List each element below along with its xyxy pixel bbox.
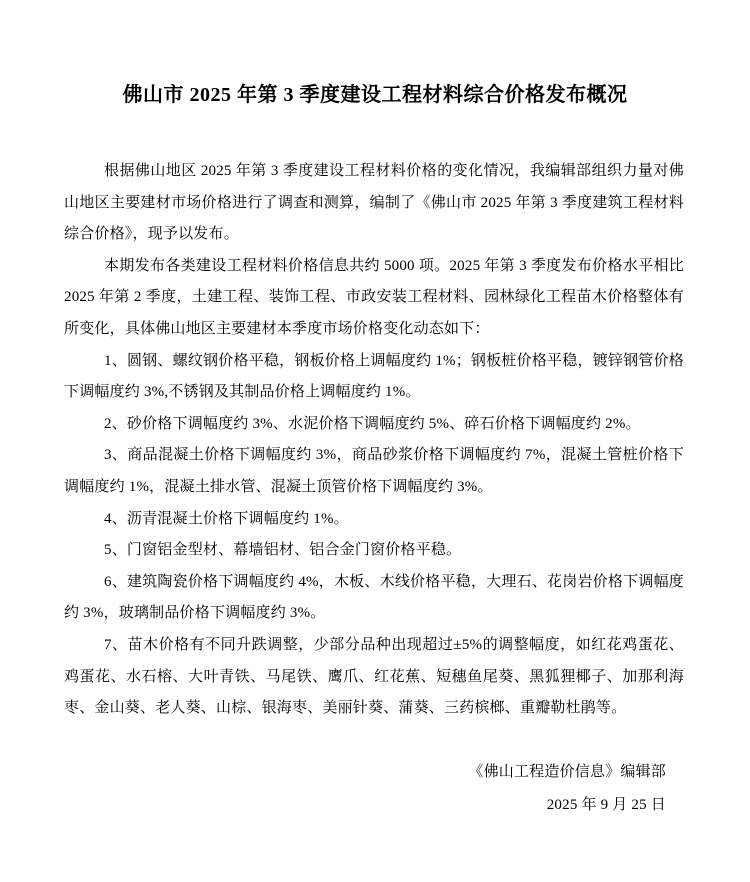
document-page: 佛山市 2025 年第 3 季度建设工程材料综合价格发布概况 根据佛山地区 20…: [0, 0, 750, 882]
intro-paragraph-2: 本期发布各类建设工程材料价格信息共约 5000 项。2025 年第 3 季度发布…: [64, 251, 684, 346]
signature-editor: 《佛山工程造价信息》编辑部: [64, 756, 666, 789]
list-item-5-aluminium: 5、门窗铝金型材、幕墙铝材、铝合金门窗价格平稳。: [64, 535, 684, 567]
list-item-1-steel: 1、圆钢、螺纹钢价格平稳，钢板价格上调幅度约 1%；钢板桩价格平稳，镀锌钢管价格…: [64, 346, 684, 409]
list-item-3-concrete: 3、商品混凝土价格下调幅度约 3%，商品砂浆价格下调幅度约 7%，混凝土管桩价格…: [64, 440, 684, 503]
list-item-6-ceramics: 6、建筑陶瓷价格下调幅度约 4%，木板、木线价格平稳，大理石、花岗岩价格下调幅度…: [64, 567, 684, 630]
list-item-7-seedlings: 7、苗木价格有不同升跌调整，少部分品种出现超过±5%的调整幅度，如红花鸡蛋花、鸡…: [64, 630, 684, 725]
signature-date: 2025 年 9 月 25 日: [64, 789, 666, 822]
document-title: 佛山市 2025 年第 3 季度建设工程材料综合价格发布概况: [0, 0, 750, 108]
intro-paragraph-1: 根据佛山地区 2025 年第 3 季度建设工程材料价格的变化情况，我编辑部组织力…: [64, 156, 684, 251]
signature-block: 《佛山工程造价信息》编辑部 2025 年 9 月 25 日: [64, 756, 684, 822]
list-item-4-asphalt: 4、沥青混凝土价格下调幅度约 1%。: [64, 504, 684, 536]
list-item-2-sand-cement: 2、砂价格下调幅度约 3%、水泥价格下调幅度约 5%、碎石价格下调幅度约 2%。: [64, 409, 684, 441]
document-body: 根据佛山地区 2025 年第 3 季度建设工程材料价格的变化情况，我编辑部组织力…: [0, 156, 750, 822]
